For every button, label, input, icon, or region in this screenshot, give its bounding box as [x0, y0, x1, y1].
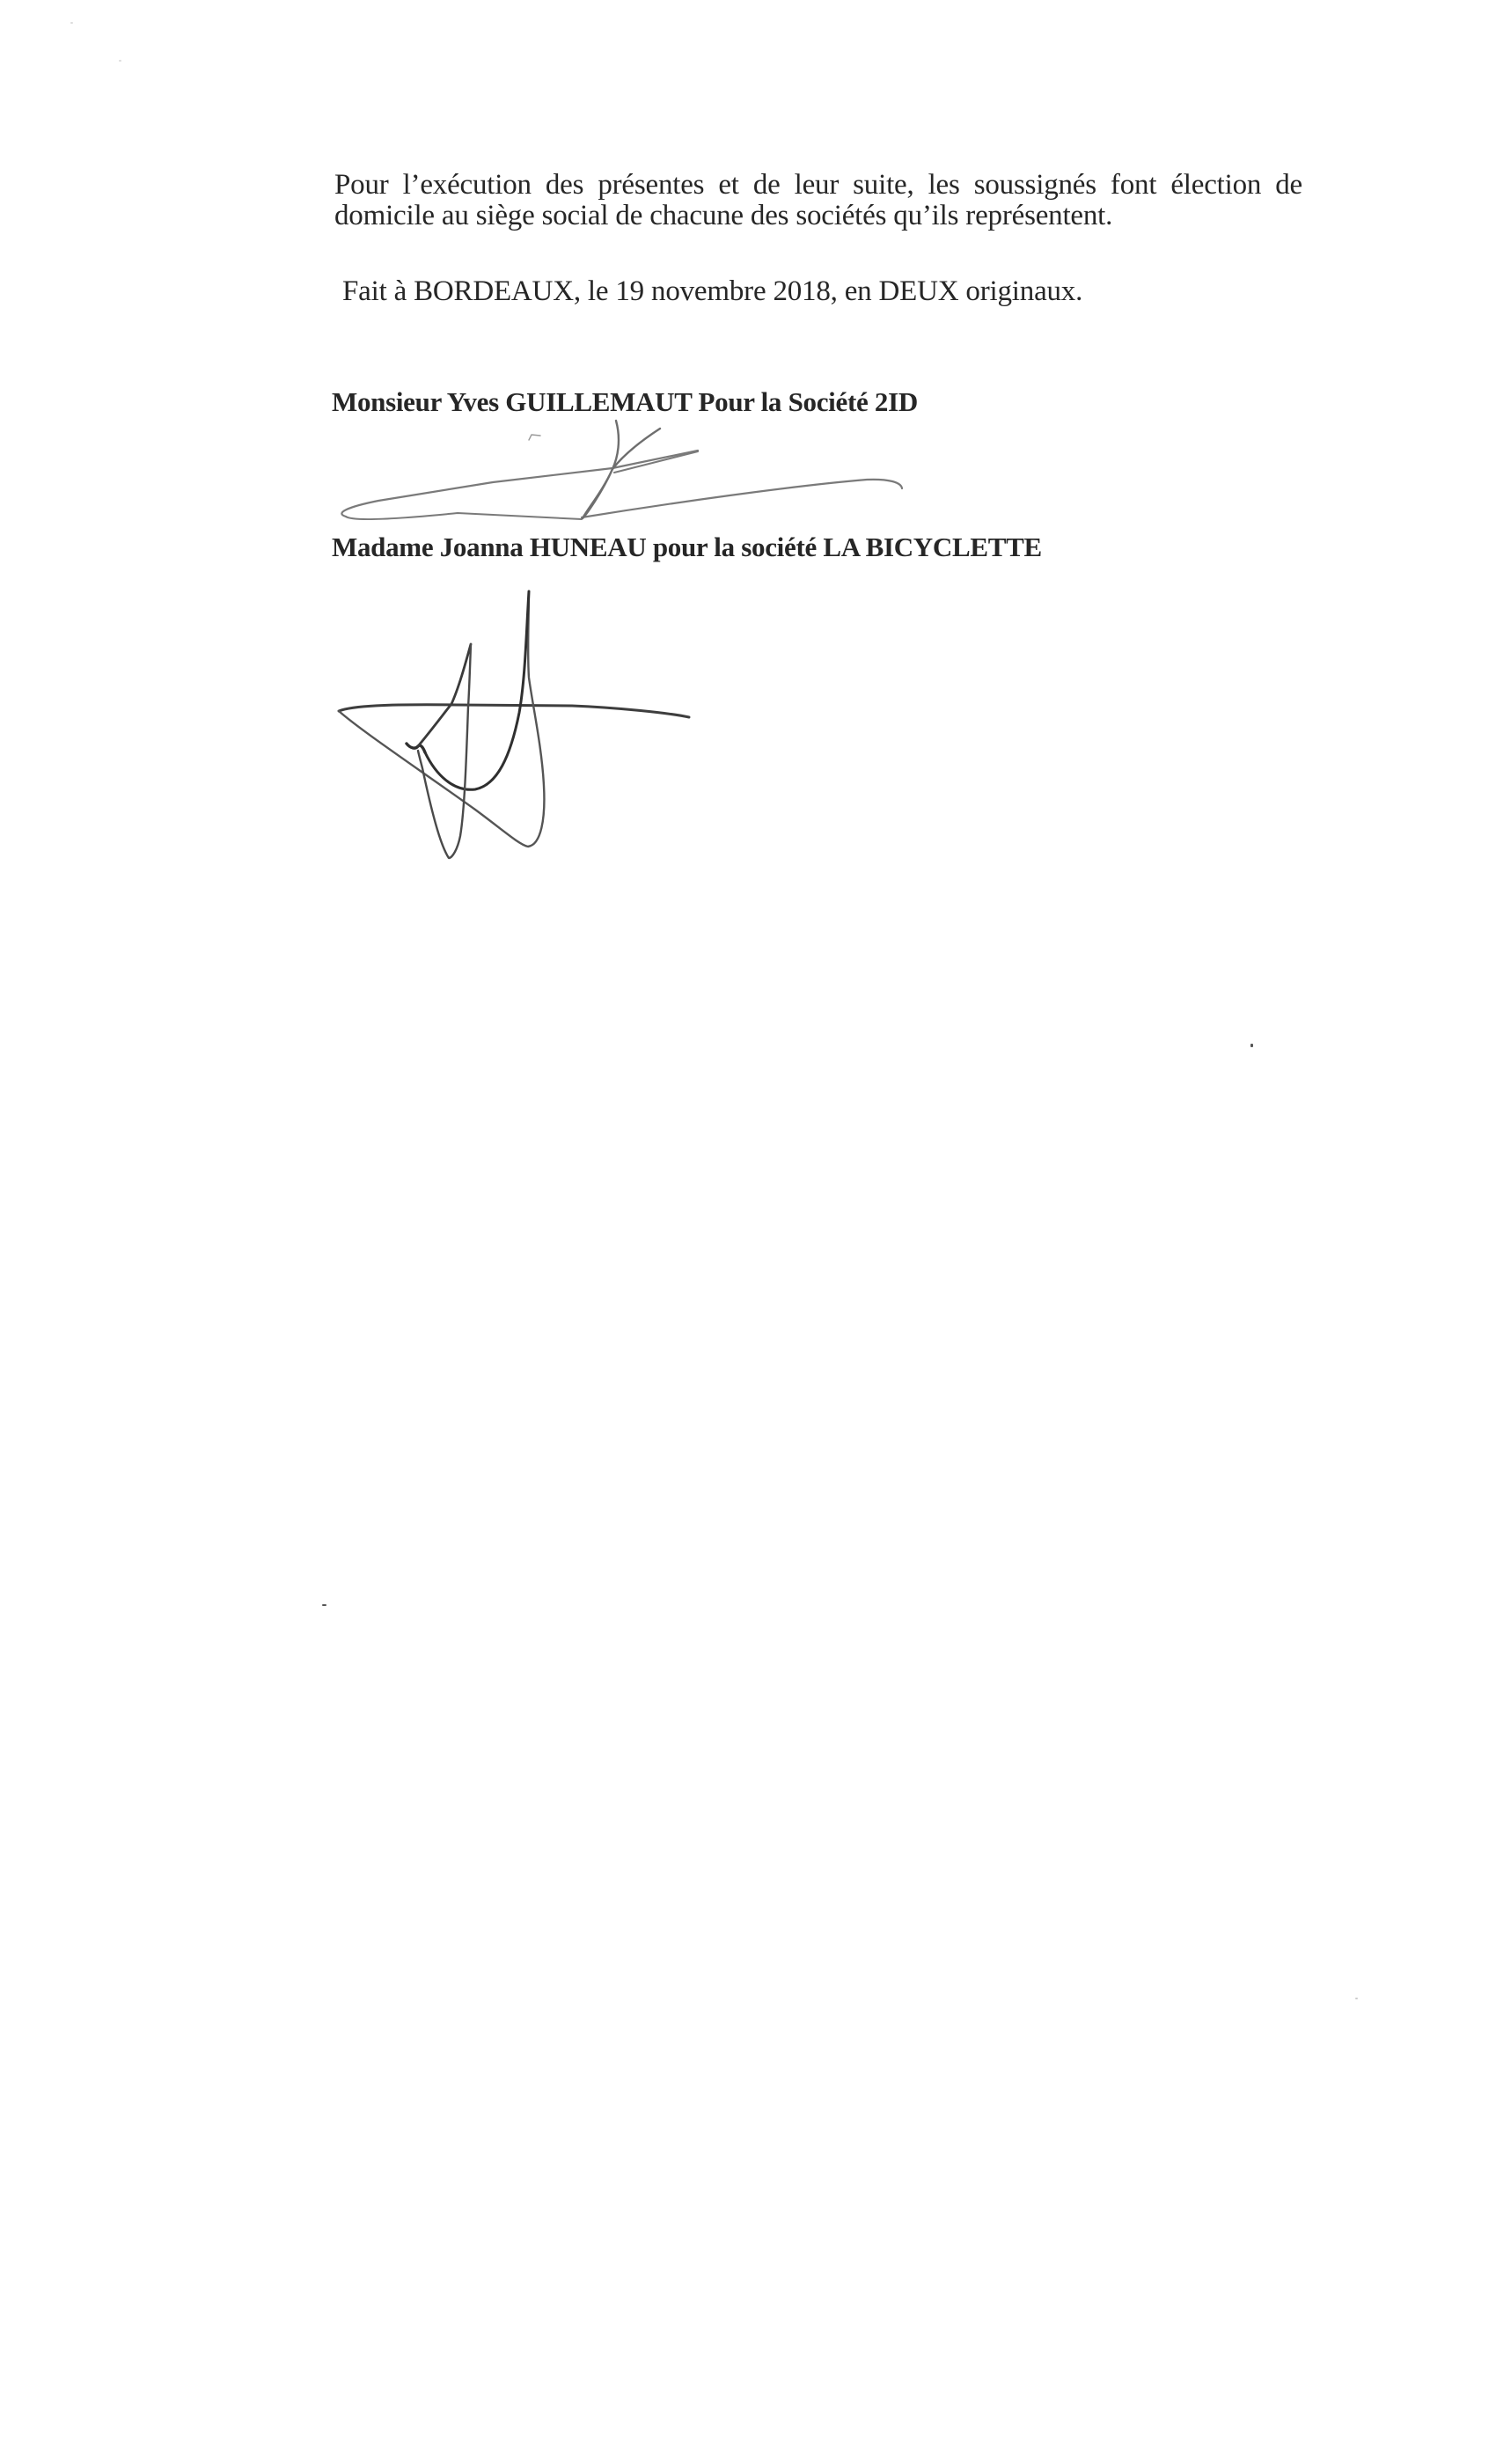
scan-speck	[1250, 1044, 1253, 1047]
signatory-heading-huneau: Madame Joanna HUNEAU pour la société LA …	[332, 532, 1042, 563]
scan-speck	[119, 60, 121, 62]
scan-speck	[322, 1604, 326, 1606]
election-of-domicile-paragraph: Pour l’exécution des présentes et de leu…	[334, 170, 1302, 231]
scan-speck	[1355, 1998, 1358, 1999]
scan-speck	[70, 22, 73, 24]
signatures-layer	[0, 0, 1496, 2464]
place-and-date-line: Fait à BORDEAUX, le 19 novembre 2018, en…	[342, 276, 1310, 307]
paragraph-line: domicile au siège social de chacune des …	[334, 201, 1302, 231]
signature-huneau	[339, 591, 689, 858]
document-page: Pour l’exécution des présentes et de leu…	[0, 0, 1496, 2464]
signatory-heading-guillemaut: Monsieur Yves GUILLEMAUT Pour la Société…	[332, 386, 918, 418]
signature-guillemaut	[341, 421, 902, 519]
paragraph-line: Pour l’exécution des présentes et de leu…	[334, 170, 1302, 201]
